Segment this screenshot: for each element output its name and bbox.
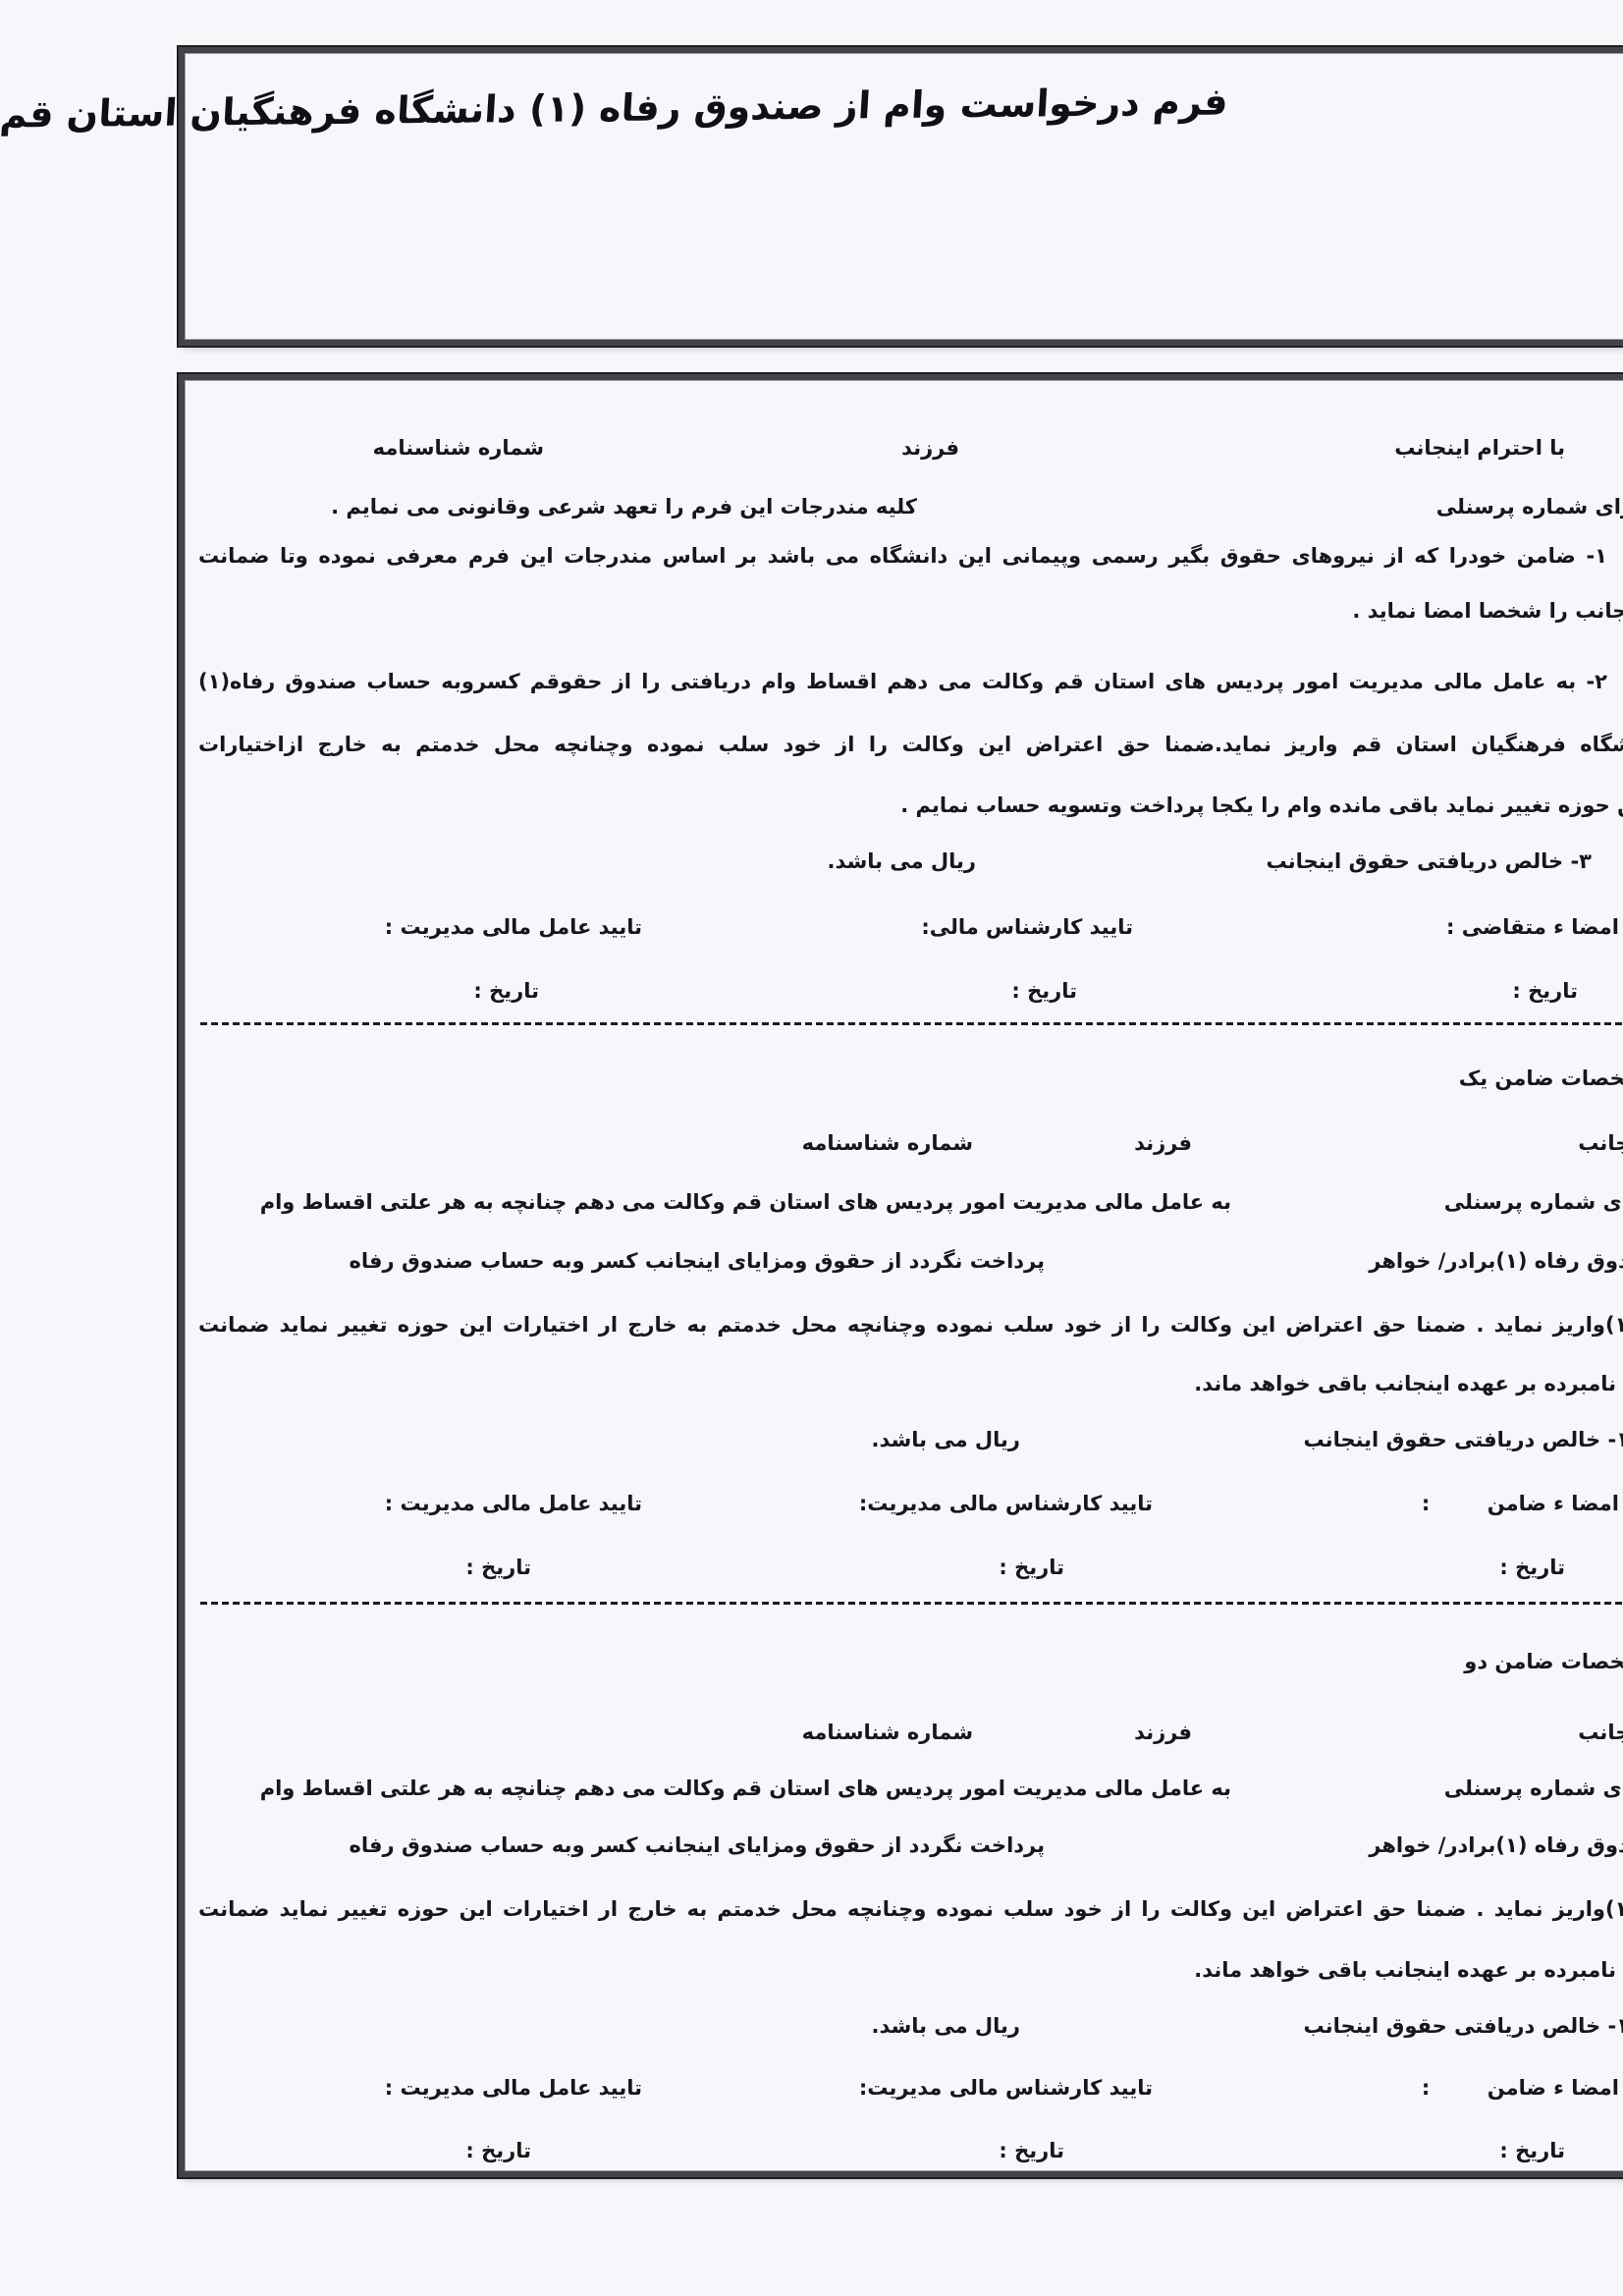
undersigned-label: اینجانب [1476, 1716, 1551, 1749]
sign-finance-manager-label: تایید عامل مالی مدیریت : [283, 1487, 540, 1520]
child-label: فرزند [1032, 1126, 1090, 1160]
clause1-line2-row: اینجانب را شخصا امضا نماید . [96, 594, 1556, 628]
applicant-date-row: تاریخ : تاریخ : تاریخ : [96, 974, 1556, 1008]
applicant-personnel-row: دارای شماره پرسنلی کلیه مندرجات این فرم … [96, 490, 1556, 523]
guarantor2-date-row: تاریخ : تاریخ : تاریخ : [96, 2134, 1556, 2167]
date-label: تاریخ : [371, 974, 437, 1008]
clause2-line3-row: این حوزه تغییر نماید باقی مانده وام را ی… [96, 789, 1556, 822]
guarantor2-identity-row: اینجانب فرزند شماره شناسنامه [96, 1716, 1556, 1749]
clause2-line1: ۲- به عامل مالی مدیریت امور پردیس های اس… [96, 665, 1556, 698]
sign-finance-manager-label: تایید عامل مالی مدیریت : [283, 2071, 540, 2105]
guarantor1-identity-row: اینجانب فرزند شماره شناسنامه [96, 1126, 1556, 1160]
date-label: تاریخ : [363, 1551, 429, 1584]
form-body-box: با احترام اینجانب فرزند شماره شناسنامه د… [77, 374, 1576, 2177]
guarantor2-clause-line2-row: وام نامبرده بر عهده اینجانب باقی خواهد م… [96, 1953, 1556, 1987]
greeting-label: با احترام اینجانب [1292, 431, 1463, 465]
guarantor2-section-title: مشخصات ضامن دو [1362, 1645, 1556, 1678]
date-label: تاریخ : [363, 2134, 429, 2167]
fund-relation-label: صندوق رفاه (۱)برادر/ خواهر [1267, 1829, 1556, 1862]
date-label: تاریخ : [896, 1551, 962, 1584]
rial-suffix: ریال می باشد. [770, 2009, 918, 2043]
guarantor1-clause-line2: وام نامبرده بر عهده اینجانب باقی خواهد م… [1092, 1367, 1556, 1400]
sign-guarantor-label: امضا ء ضامن : [1320, 2071, 1517, 2105]
guarantor1-net-salary-row: ۱- خالص دریافتی حقوق اینجانب ریال می باش… [96, 1423, 1556, 1456]
id-number-label: شماره شناسنامه [700, 1716, 871, 1749]
scanned-loan-form: { "form_title": "فرم درخواست وام از صندو… [0, 0, 1623, 2296]
guarantor2-net-salary-row: ۱- خالص دریافتی حقوق اینجانب ریال می باش… [96, 2009, 1556, 2043]
net-salary-label: ۱- خالص دریافتی حقوق اینجانب [1201, 1423, 1527, 1456]
sign-applicant-label: امضا ء متقاضی : [1344, 910, 1517, 944]
clause1-line2: اینجانب را شخصا امضا نماید . [1250, 594, 1548, 628]
guarantor1-clause-line2-row: وام نامبرده بر عهده اینجانب باقی خواهد م… [96, 1367, 1556, 1400]
child-label: فرزند [1032, 1716, 1090, 1749]
sign-finance-expert-label: تایید کارشناس مالی: [819, 910, 1031, 944]
guarantor1-date-row: تاریخ : تاریخ : تاریخ : [96, 1551, 1556, 1584]
personnel-number-label: دارای شماره پرسنلی [1334, 490, 1548, 523]
sign-finance-expert-label: تایید کارشناس مالی مدیریت: [757, 1487, 1051, 1520]
guarantor1-personnel-row: دارای شماره پرسنلی به عامل مالی مدیریت ا… [96, 1185, 1556, 1219]
net-salary-label: ۱- خالص دریافتی حقوق اینجانب [1201, 2009, 1527, 2043]
date-label: تاریخ : [896, 2134, 962, 2167]
guarantor1-fund-row: صندوق رفاه (۱)برادر/ خواهر پرداخت نگردد … [96, 1244, 1556, 1278]
guarantor2-title-row: مشخصات ضامن دو [96, 1645, 1556, 1678]
personnel-number-label: دارای شماره پرسنلی [1342, 1185, 1556, 1219]
guarantor1-signature-row: امضا ء ضامن : تایید کارشناس مالی مدیریت:… [96, 1487, 1556, 1520]
sign-finance-manager-label: تایید عامل مالی مدیریت : [283, 910, 540, 944]
id-number-label: شماره شناسنامه [700, 1126, 871, 1160]
guarantor2-signature-row: امضا ء ضامن : تایید کارشناس مالی مدیریت:… [96, 2071, 1556, 2105]
child-label: فرزند [799, 431, 857, 465]
form-header-box: فرم درخواست وام از صندوق رفاه (۱) دانشگا… [77, 47, 1576, 346]
deduction-line: پرداخت نگردد از حقوق ومزایای اینجانب کسر… [247, 1244, 943, 1278]
clause2-line2: دانشگاه فرهنگیان استان قم واریز نماید.ضم… [96, 728, 1556, 761]
clause1-line1: ۱- ضامن خودرا که از نیروهای حقوق بگیر رس… [96, 539, 1556, 573]
guarantor1-clause-line1: (۱)واریز نماید . ضمنا حق اعتراض این وکال… [96, 1308, 1556, 1341]
clause2-line3: این حوزه تغییر نماید باقی مانده وام را ی… [798, 789, 1548, 822]
date-label: تاریخ : [909, 974, 975, 1008]
form-title: فرم درخواست وام از صندوق رفاه (۱) دانشگا… [0, 80, 1127, 136]
guarantor2-clause-line1: (۱)واریز نماید . ضمنا حق اعتراض این وکال… [96, 1892, 1556, 1926]
undersigned-label: اینجانب [1476, 1126, 1551, 1160]
guarantor1-section-title: مشخصات ضامن یک [1357, 1062, 1556, 1095]
section-divider [98, 1022, 1554, 1025]
guarantor1-title-row: مشخصات ضامن یک [96, 1062, 1556, 1095]
date-label: تاریخ : [1397, 1551, 1463, 1584]
net-salary-row: ۳- خالص دریافتی حقوق اینجانب ریال می باش… [96, 845, 1556, 878]
guarantor2-clause-line2: وام نامبرده بر عهده اینجانب باقی خواهد م… [1092, 1953, 1556, 1987]
section-divider [98, 1602, 1554, 1605]
applicant-identity-row: با احترام اینجانب فرزند شماره شناسنامه [96, 431, 1556, 465]
personnel-number-label: دارای شماره پرسنلی [1342, 1772, 1556, 1805]
deduction-line: پرداخت نگردد از حقوق ومزایای اینجانب کسر… [247, 1829, 943, 1862]
sign-finance-expert-label: تایید کارشناس مالی مدیریت: [757, 2071, 1051, 2105]
id-number-label: شماره شناسنامه [271, 431, 442, 465]
vakalat-line: به عامل مالی مدیریت امور پردیس های استان… [158, 1772, 1129, 1805]
sign-guarantor-label: امضا ء ضامن : [1320, 1487, 1517, 1520]
vakalat-line: به عامل مالی مدیریت امور پردیس های استان… [158, 1185, 1129, 1219]
fund-relation-label: صندوق رفاه (۱)برادر/ خواهر [1267, 1244, 1556, 1278]
net-salary-label: ۳- خالص دریافتی حقوق اینجانب [1163, 845, 1489, 878]
guarantor2-fund-row: صندوق رفاه (۱)برادر/ خواهر پرداخت نگردد … [96, 1829, 1556, 1862]
rial-suffix: ریال می باشد. [726, 845, 874, 878]
applicant-signature-row: امضا ء متقاضی : تایید کارشناس مالی: تایی… [96, 910, 1556, 944]
pledge-line: کلیه مندرجات این فرم را تعهد شرعی وقانون… [229, 490, 815, 523]
guarantor2-personnel-row: دارای شماره پرسنلی به عامل مالی مدیریت ا… [96, 1772, 1556, 1805]
date-label: تاریخ : [1397, 2134, 1463, 2167]
rial-suffix: ریال می باشد. [770, 1423, 918, 1456]
date-label: تاریخ : [1410, 974, 1476, 1008]
